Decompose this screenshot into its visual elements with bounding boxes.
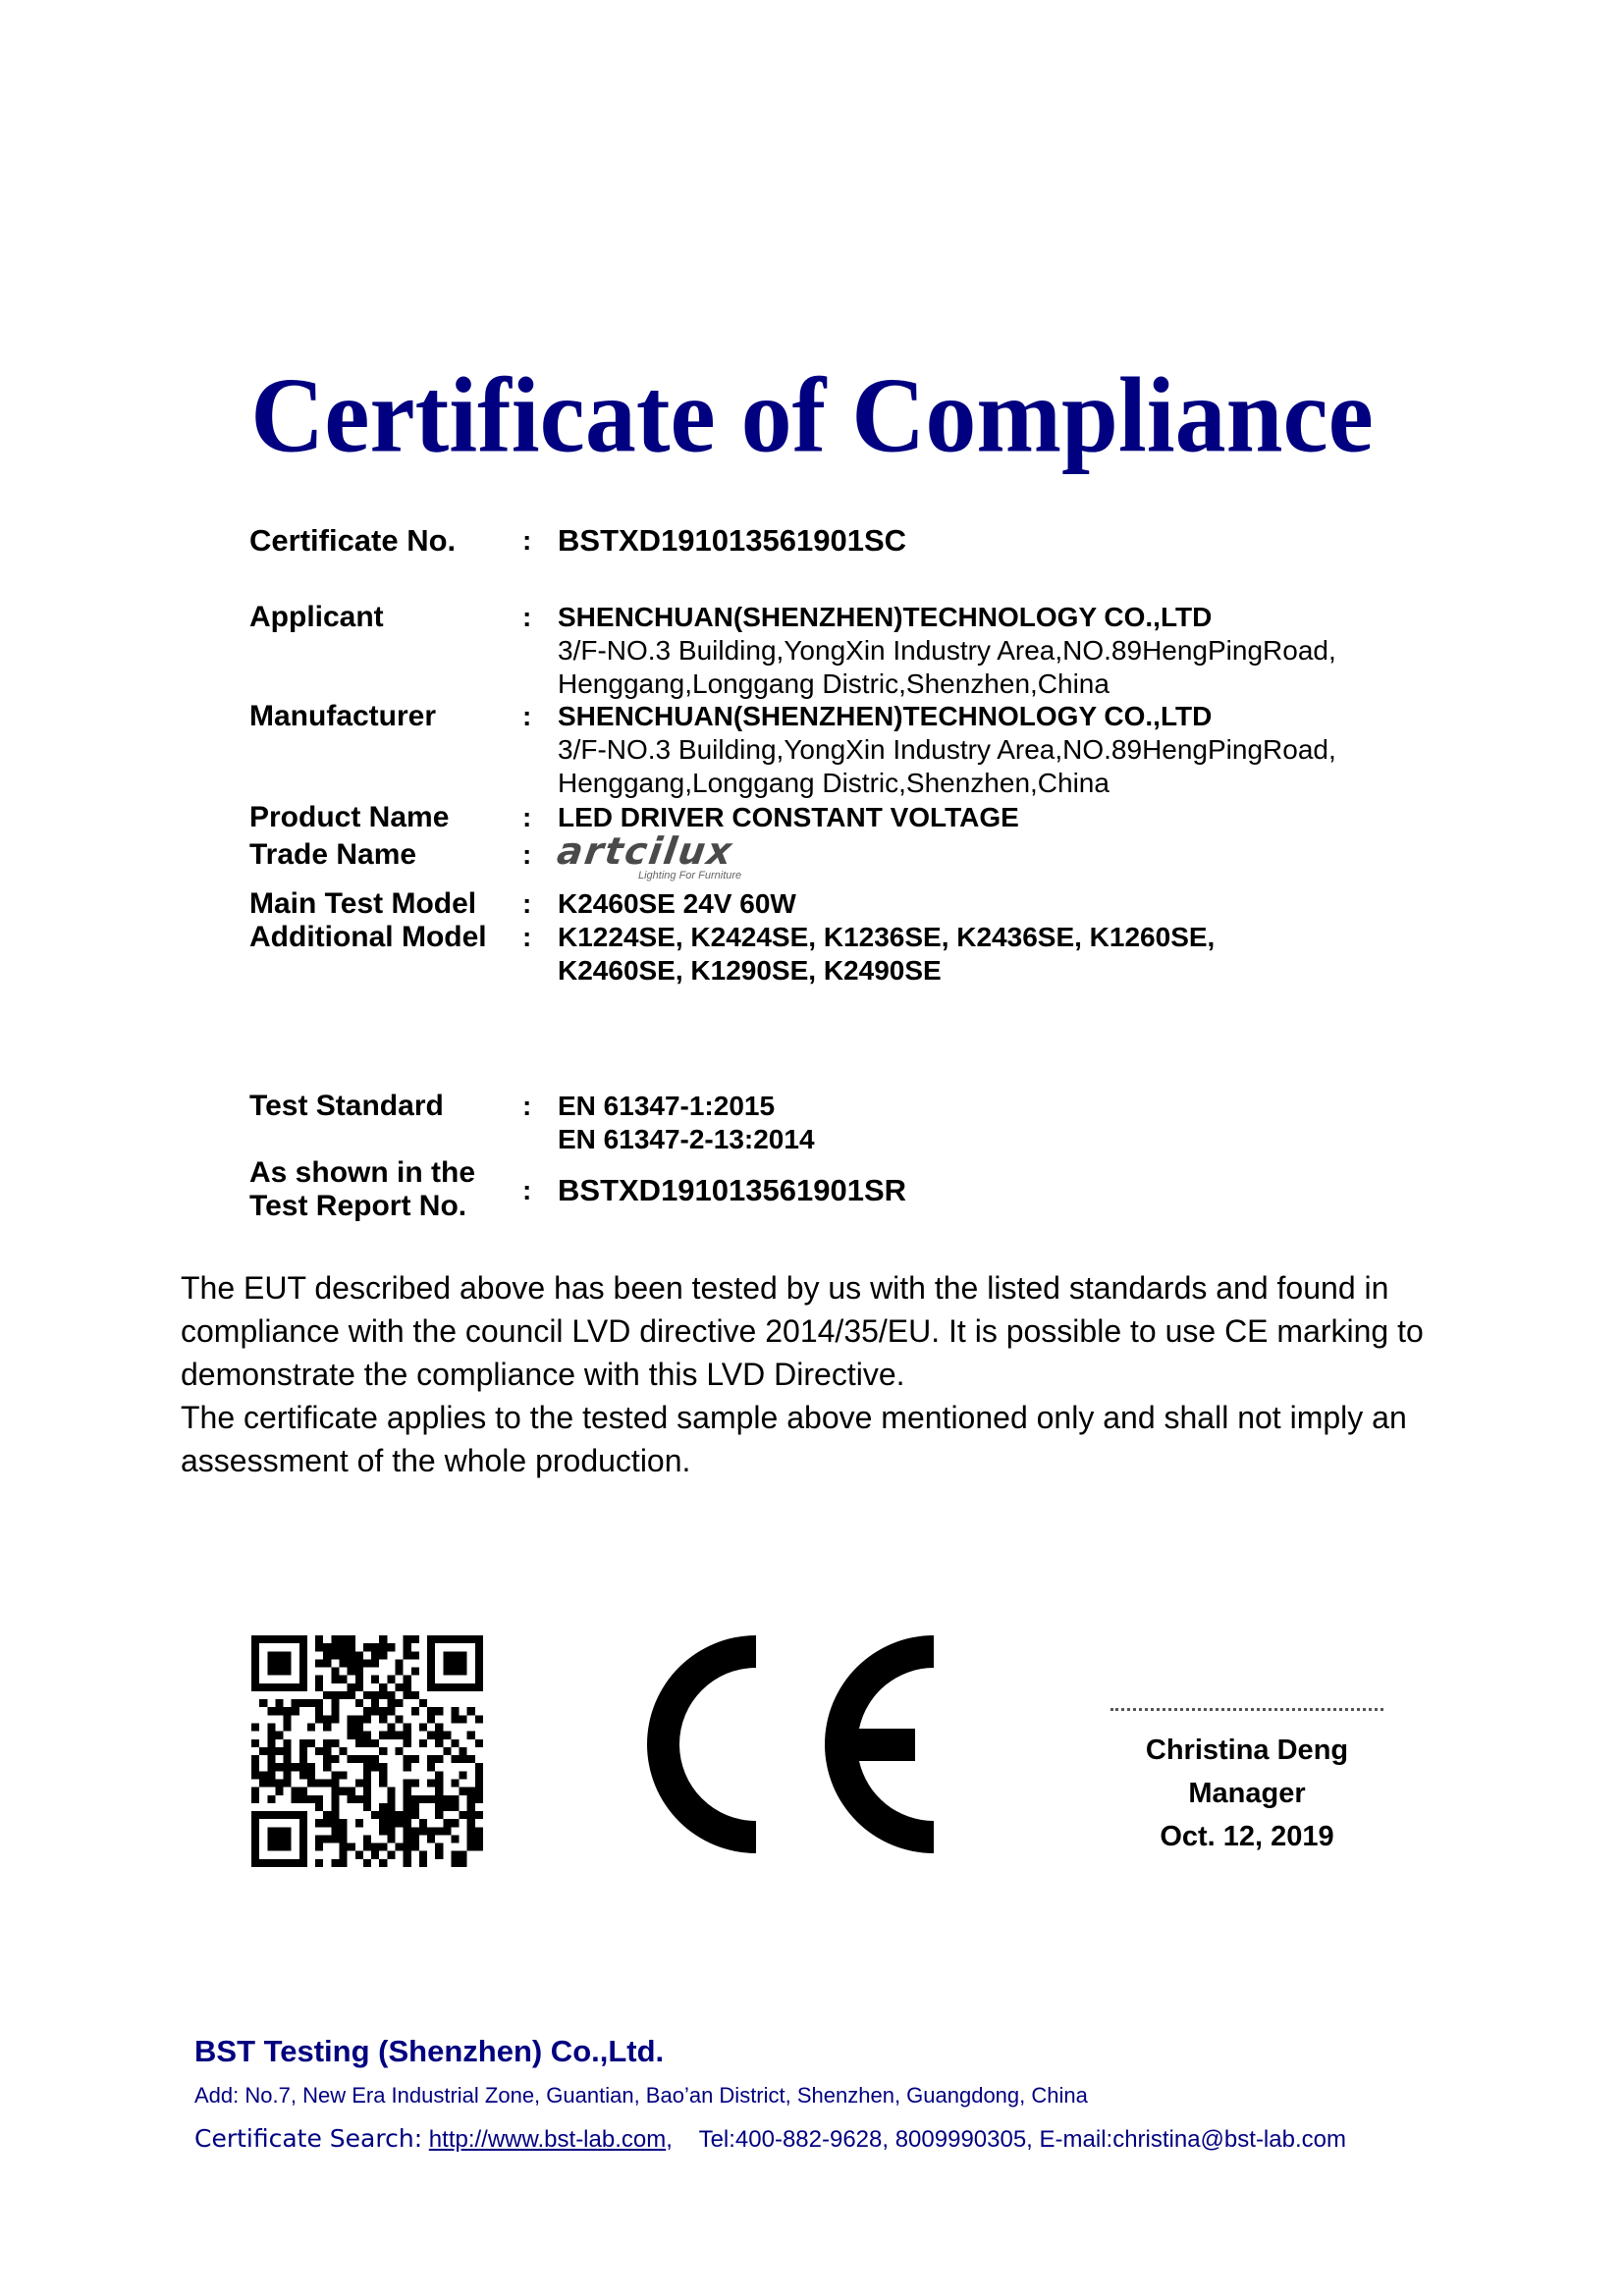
applicant-name: SHENCHUAN(SHENZHEN)TECHNOLOGY CO.,LTD	[558, 601, 1336, 634]
comma: ,	[666, 2126, 673, 2153]
main-test-model-value: K2460SE 24V 60W	[558, 887, 796, 921]
product-name-label: Product Name	[249, 801, 449, 834]
applicant-label: Applicant	[249, 601, 384, 634]
additional-model-line-1: K1224SE, K2424SE, K1236SE, K2436SE, K126…	[558, 921, 1215, 954]
logo-tagline: Lighting For Furniture	[638, 870, 741, 881]
separator: :	[522, 1090, 531, 1123]
artcilux-logo: artcilux Lighting For Furniture	[558, 832, 733, 870]
signatory-name: Christina Deng	[1100, 1729, 1394, 1772]
certificate-no-value: BSTXD191013561901SC	[558, 524, 906, 558]
manufacturer-label: Manufacturer	[249, 700, 436, 733]
main-test-model-label: Main Test Model	[249, 887, 476, 921]
footer-address: Add: No.7, New Era Industrial Zone, Guan…	[194, 2083, 1088, 2109]
logo-wordmark: artcilux	[555, 832, 735, 870]
manufacturer-address-2: Henggang,Longgang Distric,Shenzhen,China	[558, 767, 1336, 800]
page-title: Certificate of Compliance	[0, 362, 1624, 469]
footer-company: BST Testing (Shenzhen) Co.,Ltd.	[194, 2034, 664, 2069]
applicant-address-2: Henggang,Longgang Distric,Shenzhen,China	[558, 667, 1336, 701]
certificate-no-label: Certificate No.	[249, 524, 456, 558]
separator: :	[522, 921, 531, 954]
certificate-search-label: Certificate Search:	[194, 2124, 422, 2153]
test-standard-label: Test Standard	[249, 1090, 444, 1123]
separator: :	[522, 801, 531, 834]
signatory-title: Manager	[1100, 1772, 1394, 1815]
signature-block: Christina Deng Manager Oct. 12, 2019	[1100, 1688, 1394, 1858]
separator: :	[522, 524, 531, 558]
footer-contact-line: Certificate Search: http://www.bst-lab.c…	[194, 2124, 1346, 2154]
test-standard-line-2: EN 61347-2-13:2014	[558, 1123, 815, 1156]
qr-code-icon	[251, 1635, 483, 1867]
signature-line	[1110, 1708, 1383, 1711]
test-standard-line-1: EN 61347-1:2015	[558, 1090, 815, 1123]
footer-contact: Tel:400-882-9628, 8009990305, E-mail:chr…	[699, 2126, 1346, 2153]
test-report-label-1: As shown in the	[249, 1156, 475, 1190]
trade-name-label: Trade Name	[249, 838, 416, 872]
test-report-value: BSTXD191013561901SR	[558, 1174, 906, 1207]
manufacturer-name: SHENCHUAN(SHENZHEN)TECHNOLOGY CO.,LTD	[558, 700, 1336, 733]
additional-model-line-2: K2460SE, K1290SE, K2490SE	[558, 954, 1215, 988]
separator: :	[522, 1174, 531, 1207]
compliance-statement: The EUT described above has been tested …	[181, 1266, 1457, 1482]
separator: :	[522, 838, 531, 872]
test-report-label: As shown in the Test Report No.	[249, 1156, 475, 1223]
signature-date: Oct. 12, 2019	[1100, 1815, 1394, 1858]
separator: :	[522, 700, 531, 733]
separator: :	[522, 601, 531, 634]
test-report-label-2: Test Report No.	[249, 1190, 475, 1223]
additional-model-label: Additional Model	[249, 921, 487, 954]
certificate-page: Certificate of Compliance Certificate No…	[0, 0, 1624, 2296]
statement-paragraph-1: The EUT described above has been tested …	[181, 1266, 1457, 1396]
applicant-address-1: 3/F-NO.3 Building,YongXin Industry Area,…	[558, 634, 1336, 667]
separator: :	[522, 887, 531, 921]
certificate-search-link[interactable]: http://www.bst-lab.com	[429, 2126, 666, 2153]
statement-paragraph-2: The certificate applies to the tested sa…	[181, 1396, 1457, 1482]
manufacturer-address-1: 3/F-NO.3 Building,YongXin Industry Area,…	[558, 733, 1336, 767]
ce-mark-icon	[636, 1635, 941, 1853]
